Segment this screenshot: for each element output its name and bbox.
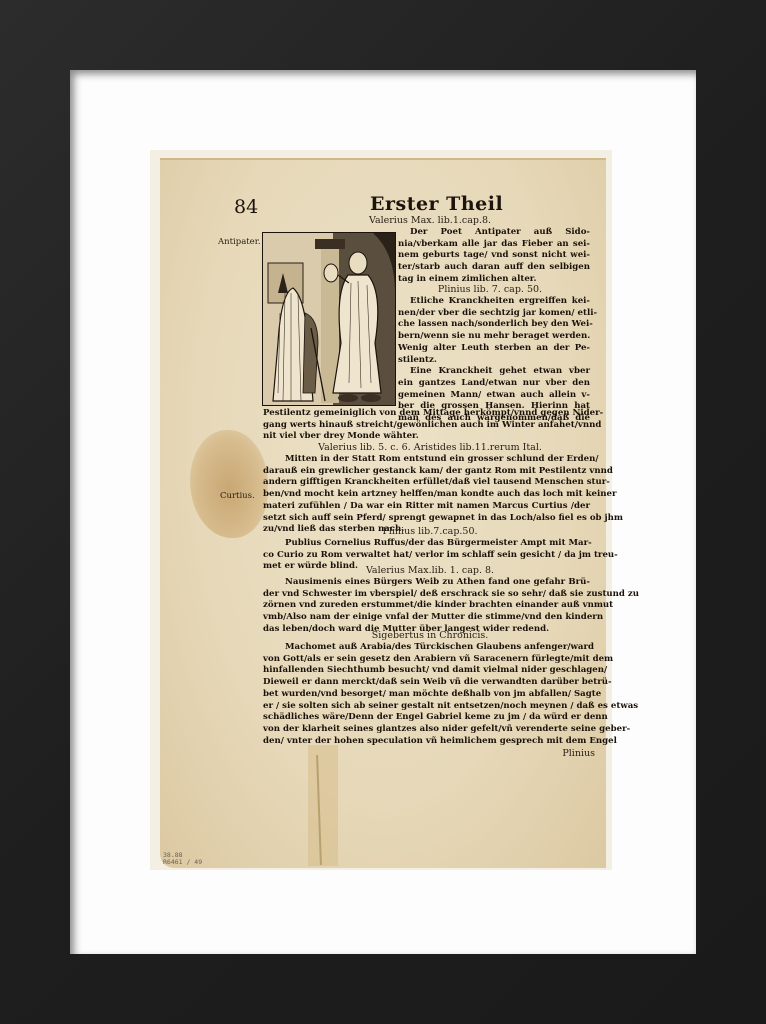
text-line: von Gott/als er sein gesetz den Arabiern… xyxy=(263,654,590,666)
margin-note-curtius: Curtius. xyxy=(220,491,255,501)
text-line: stilentz. xyxy=(398,355,590,367)
text-line: schädliches wäre/Denn der Engel Gabriel … xyxy=(263,712,590,724)
text-line: Dieweil er dann merckt/daß sein Weib vñ … xyxy=(263,677,590,689)
text-block-antipater: Der Poet Antipater auß Sido- nia/vberkam… xyxy=(398,227,590,286)
source-citation: Sigebertus in Chronicis. xyxy=(350,630,510,641)
text-line: Eine Kranckheit gehet etwan vber xyxy=(398,366,590,378)
text-line: bern/wenn sie nu mehr beraget werden. xyxy=(398,331,590,343)
text-block-nausimenis: Nausimenis eines Bürgers Weib zu Athen f… xyxy=(263,577,590,636)
source-citation: Plinius lib. 7. cap. 50. xyxy=(420,284,560,295)
text-line: andern gifftigen Kranckheiten erfüllet/d… xyxy=(263,477,590,489)
text-line: der vnd Schwester im vberspiel/ deß ersc… xyxy=(263,589,590,601)
inventory-line-2: R6461 / 49 xyxy=(163,859,202,866)
text-line: ben/vnd mocht kein artzney helffen/man k… xyxy=(263,489,590,501)
text-line: ein gantzes Land/etwan nur vber den xyxy=(398,378,590,390)
repair-tape xyxy=(308,745,338,866)
text-line: hinfallenden Siechthumb besucht/ vnd dam… xyxy=(263,665,590,677)
running-head: Erster Theil xyxy=(370,193,503,215)
text-block-curtius: Mitten in der Statt Rom entstund ein gro… xyxy=(263,454,590,536)
text-line: nem geburts tage/ vnd sonst nicht wei- xyxy=(398,250,590,262)
text-line: co Curio zu Rom verwaltet hat/ verlor im… xyxy=(263,550,590,562)
text-line: vmb/Also nam der einige vnfal der Mutter… xyxy=(263,612,590,624)
text-line: den/ vnter der hohen speculation vñ heim… xyxy=(263,736,590,748)
text-line: Etliche Kranckheiten ergreiffen kei- xyxy=(398,296,590,308)
text-line: nen/der vber die sechtzig jar komen/ etl… xyxy=(398,308,590,320)
catchword: Plinius xyxy=(545,748,595,759)
text-line: gang werts hinauß streicht/gewönlichen a… xyxy=(263,420,590,432)
text-line: ter/starb auch daran auff den selbigen xyxy=(398,262,590,274)
text-line: bet wurden/vnd besorget/ man möchte deßh… xyxy=(263,689,590,701)
text-block-pestilence: Pestilentz gemeiniglich von dem Mittage … xyxy=(263,408,590,443)
text-line: setzt sich auff sein Pferd/ sprengt gewa… xyxy=(263,513,590,525)
text-line: gemeinen Mann/ etwan auch allein v- xyxy=(398,390,590,402)
text-block-machomet: Machomet auß Arabia/des Türckischen Glau… xyxy=(263,642,590,747)
text-block-plinius: Etliche Kranckheiten ergreiffen kei- nen… xyxy=(398,296,590,425)
text-line: Pestilentz gemeiniglich von dem Mittage … xyxy=(263,408,590,420)
inventory-mark: 38.88 R6461 / 49 xyxy=(163,852,202,866)
page-number: 84 xyxy=(234,196,258,218)
text-line: Mitten in der Statt Rom entstund ein gro… xyxy=(263,454,590,466)
source-citation: Valerius lib. 5. c. 6. Aristides lib.11.… xyxy=(300,442,560,453)
text-line: Der Poet Antipater auß Sido- xyxy=(398,227,590,239)
text-line: von der klarheit seines glantzes also ni… xyxy=(263,724,590,736)
source-citation: Valerius Max. lib.1.cap.8. xyxy=(350,215,510,226)
margin-note-antipater: Antipater. xyxy=(218,237,261,247)
text-line: nia/vberkam alle jar das Fieber an sei- xyxy=(398,239,590,251)
source-citation: Valerius Max.lib. 1. cap. 8. xyxy=(350,565,510,576)
text-line: Machomet auß Arabia/des Türckischen Glau… xyxy=(263,642,590,654)
woodcut-figures-icon xyxy=(263,233,395,405)
text-line: che lassen nach/sonderlich bey den Wei- xyxy=(398,319,590,331)
source-citation: Plinius lib.7.cap.50. xyxy=(360,526,500,537)
text-line: Wenig alter Leuth sterben an der Pe- xyxy=(398,343,590,355)
woodcut-illustration xyxy=(262,232,396,406)
text-line: zörnen vnd zureden erstummet/die kinder … xyxy=(263,600,590,612)
text-line: materi zufühlen / Da war ein Ritter mit … xyxy=(263,501,590,513)
text-line: Publius Cornelius Ruffus/der das Bürgerm… xyxy=(263,538,590,550)
text-line: darauß ein grewlicher gestanck kam/ der … xyxy=(263,466,590,478)
text-line: er / sie solten sich ab seiner gestalt n… xyxy=(263,701,590,713)
text-line: Nausimenis eines Bürgers Weib zu Athen f… xyxy=(263,577,590,589)
